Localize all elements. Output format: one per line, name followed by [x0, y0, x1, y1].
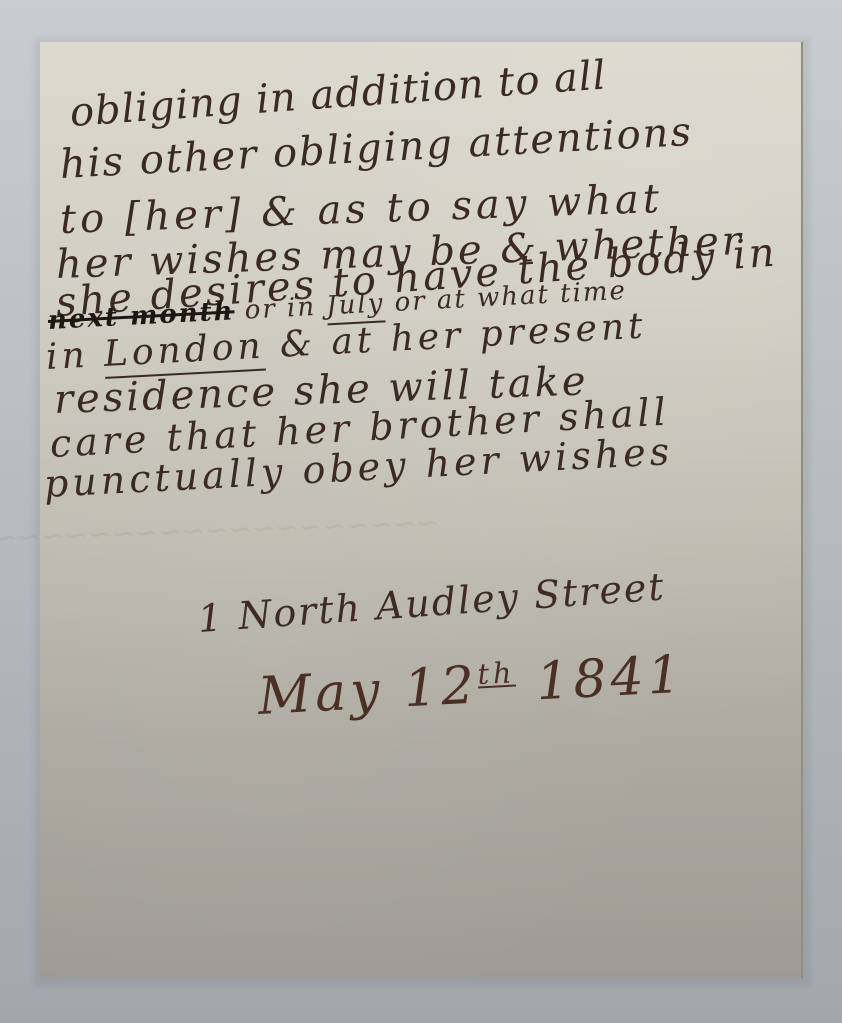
date-month: May — [256, 660, 385, 726]
show-through-text: ~~~~~~~~~~~~~~~~~~~~ — [79, 506, 441, 579]
letter-page: ~~~~~~~~~~~~~~~~~~~~ obliging in additio… — [40, 42, 803, 978]
date-year: 1841 — [535, 645, 686, 713]
date-day-suffix: th — [477, 655, 517, 691]
date-day: 12 — [402, 656, 479, 720]
date-line: May 12th 1841 — [256, 645, 686, 727]
address-line: 1 North Audley Street — [196, 564, 666, 641]
letter-line-7-in: in — [45, 334, 105, 378]
